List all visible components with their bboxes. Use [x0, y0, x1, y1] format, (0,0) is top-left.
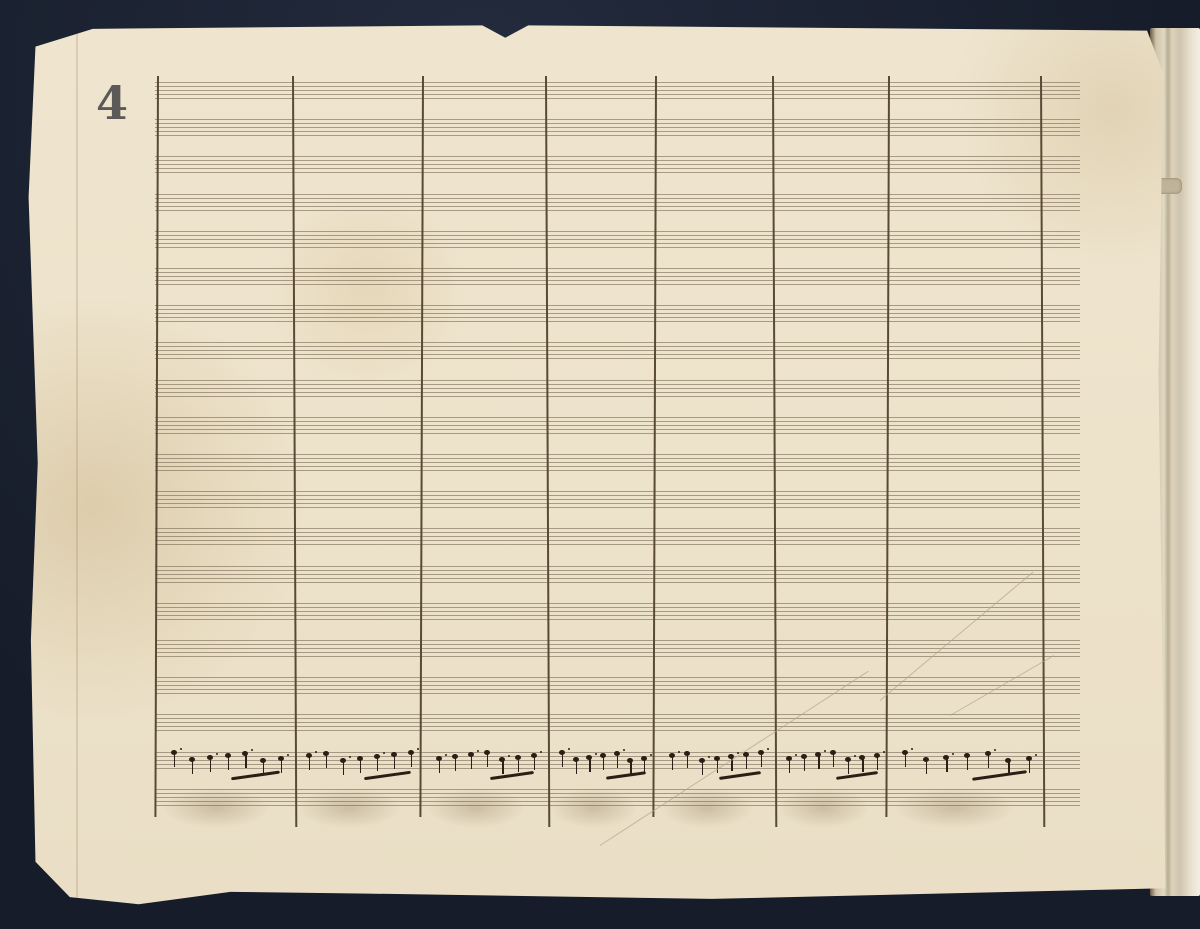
staff-line	[155, 94, 1080, 95]
note-stem	[377, 757, 378, 771]
note-stem	[576, 760, 577, 774]
note-stem	[562, 753, 563, 767]
staff-line	[155, 718, 1080, 719]
augmentation-dot	[251, 749, 253, 751]
augmentation-dot	[911, 748, 913, 750]
augmentation-dot	[540, 751, 542, 753]
ink-bleed-through	[297, 788, 401, 828]
augmentation-dot	[383, 752, 385, 754]
note-stem	[534, 756, 535, 770]
note-stem	[281, 759, 282, 773]
augmentation-dot	[883, 751, 885, 753]
augmentation-dot	[678, 751, 680, 753]
note-stem	[309, 756, 310, 770]
augmentation-dot	[1035, 754, 1037, 756]
staff	[155, 82, 1080, 99]
note-stem	[471, 755, 472, 769]
note-stem	[818, 755, 819, 769]
note-stem	[518, 758, 519, 772]
staff-line	[155, 714, 1080, 715]
staff-line	[155, 90, 1080, 91]
note-stem	[926, 760, 927, 774]
note-stem	[946, 758, 947, 772]
note-stem	[877, 756, 878, 770]
augmentation-dot	[349, 756, 351, 758]
note-beam	[490, 771, 534, 780]
note-stem	[905, 753, 906, 767]
staff	[155, 714, 1080, 731]
note-stem	[411, 753, 412, 767]
note-stem	[967, 756, 968, 770]
augmentation-dot	[623, 749, 625, 751]
augmentation-dot	[650, 754, 652, 756]
note-beam	[364, 770, 411, 779]
ink-bleed-through	[777, 788, 870, 828]
note-stem	[988, 754, 989, 768]
note-stem	[326, 754, 327, 768]
staff-line	[155, 127, 1080, 128]
ink-bleed-through	[550, 788, 638, 828]
note-stem	[487, 753, 488, 767]
note-stem	[746, 755, 747, 769]
note-stem	[687, 754, 688, 768]
note-stem	[174, 753, 175, 767]
staff-line	[155, 131, 1080, 132]
note-stem	[672, 756, 673, 770]
staff-line	[155, 119, 1080, 120]
augmentation-dot	[795, 754, 797, 756]
barline	[885, 76, 889, 817]
note-stem	[702, 761, 703, 775]
note-stem	[228, 756, 229, 770]
note-stem	[603, 756, 604, 770]
staff-line	[155, 123, 1080, 124]
note-stem	[862, 758, 863, 772]
augmentation-dot	[287, 754, 289, 756]
augmentation-dot	[417, 748, 419, 750]
staff-line	[155, 726, 1080, 727]
ink-bleed-through	[162, 788, 270, 828]
note-stem	[804, 757, 805, 771]
note-beam	[605, 771, 645, 779]
note-stem	[1029, 759, 1030, 773]
note-beam	[231, 770, 280, 780]
note-stem	[192, 760, 193, 774]
staff-line	[155, 722, 1080, 723]
note-beam	[719, 771, 761, 780]
augmentation-dot	[854, 755, 856, 757]
note-beam	[972, 770, 1027, 781]
note-stem	[789, 759, 790, 773]
note-stem	[589, 758, 590, 772]
staff-line	[155, 730, 1080, 731]
note-stem	[502, 760, 503, 774]
note-stem	[455, 757, 456, 771]
augmentation-dot	[315, 751, 317, 753]
staff-line	[155, 86, 1080, 87]
music-score	[0, 0, 1200, 929]
note-stem	[617, 754, 618, 768]
note-stem	[343, 761, 344, 775]
augmentation-dot	[445, 754, 447, 756]
augmentation-dot	[216, 753, 218, 755]
barline	[652, 76, 656, 817]
note-stem	[210, 758, 211, 772]
augmentation-dot	[708, 756, 710, 758]
note-stem	[394, 755, 395, 769]
staff-line	[155, 98, 1080, 99]
note-stem	[439, 759, 440, 773]
staff-line	[155, 768, 1080, 769]
barline	[154, 76, 158, 817]
note-stem	[245, 754, 246, 768]
staff-line	[155, 82, 1080, 83]
ink-bleed-through	[893, 788, 1015, 828]
augmentation-dot	[180, 748, 182, 750]
note-stem	[848, 760, 849, 774]
augmentation-dot	[568, 748, 570, 750]
barline	[419, 76, 423, 817]
note-stem	[717, 759, 718, 773]
augmentation-dot	[994, 749, 996, 751]
augmentation-dot	[767, 748, 769, 750]
note-stem	[833, 753, 834, 767]
note-stem	[761, 753, 762, 767]
note-stem	[360, 759, 361, 773]
ink-bleed-through	[427, 788, 525, 828]
augmentation-dot	[477, 750, 479, 752]
note-beam	[836, 771, 878, 780]
ink-bleed-through	[660, 788, 754, 828]
